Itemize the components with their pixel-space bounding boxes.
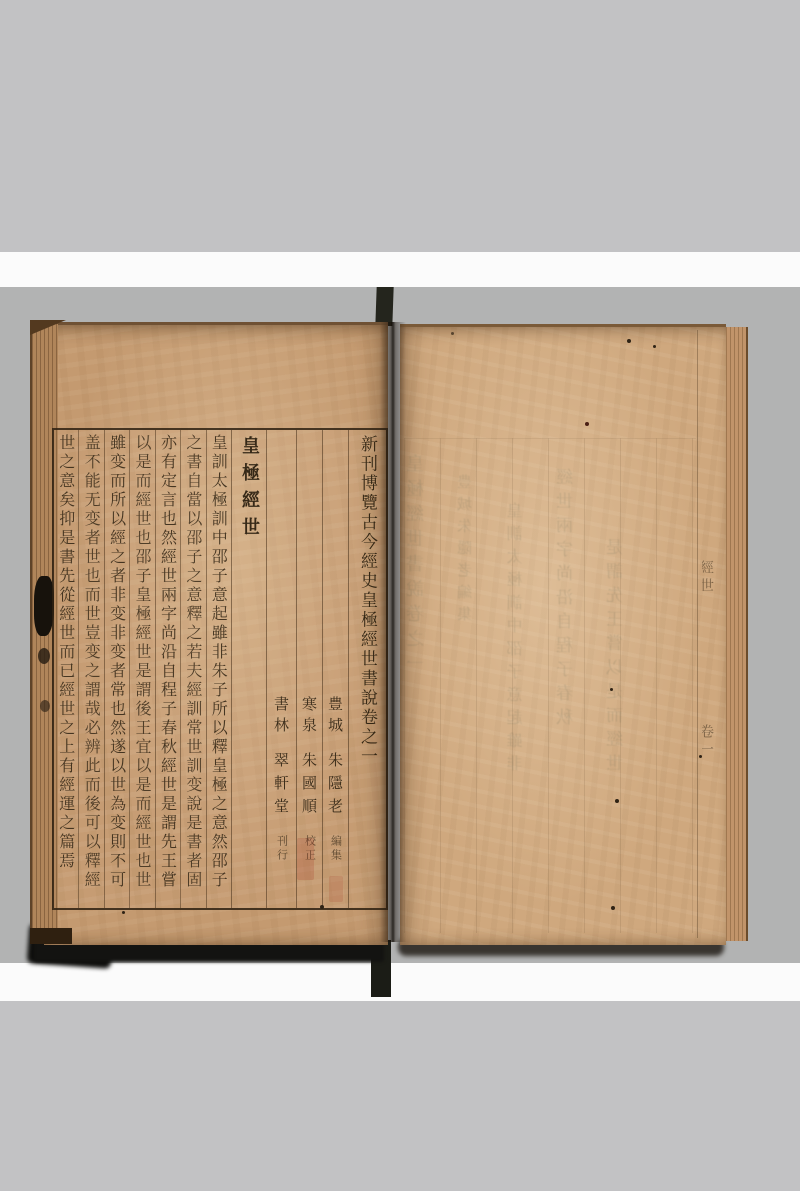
fore-edge-ink-mark: [40, 700, 50, 712]
worm-speck: [585, 422, 589, 426]
bleed-column: 豊城朱隱老編集: [454, 446, 504, 924]
text-column-4: 以是而經世也邵子皇極經世是謂後王宜以是而經世也世: [129, 430, 154, 908]
section-header-column: 皇極經世: [231, 430, 266, 908]
attribution-name: 朱隱老: [325, 752, 346, 821]
worm-speck: [451, 332, 454, 335]
text-column-7: 世之意矣抑是書先從經世而已經世之上有經運之篇焉: [54, 430, 78, 908]
attribution-place: 書林: [271, 696, 292, 738]
backdrop-bottom: [0, 1001, 800, 1191]
fore-edge-ink-mark: [38, 648, 50, 664]
bleed-column: 皇極經世書說卷之一: [404, 446, 454, 924]
text-column-6: 盖不能无变者世也而世豈变之謂哉必辨此而後可以釋經: [78, 430, 103, 908]
worm-speck: [627, 339, 631, 343]
fore-edge-ink-mark: [34, 576, 54, 636]
worm-speck: [653, 345, 656, 348]
bleed-column: 經世兩字尚沿自程子春秋: [554, 446, 604, 924]
attribution-role: 編集: [328, 835, 344, 863]
white-band-bottom: [0, 963, 800, 1001]
seal-stamp: [297, 838, 314, 880]
bleed-column: 是謂先王嘗以是而經世: [604, 446, 654, 924]
bleedthrough-text: 皇極經世書說卷之一 豊城朱隱老編集 皇訓太極訓中邵子意起雖非 經世兩字尚沿自程子…: [404, 446, 666, 924]
attribution-place: 豊城: [325, 696, 346, 738]
white-band-top: [0, 252, 800, 287]
bleed-column: 皇訓太極訓中邵子意起雖非: [504, 446, 554, 924]
text-column-3: 亦有定言也然經世兩字尚沿自程子春秋經世是謂先王嘗: [155, 430, 180, 908]
text-column-2: 之書自當以邵子之意釋之若夫經訓常世訓变說是書者固: [180, 430, 205, 908]
fold-edge-mark: 卷一: [702, 724, 716, 788]
attribution-name: 翠軒堂: [271, 752, 292, 821]
seal-stamp: [329, 876, 343, 902]
attribution-role: 刊行: [274, 835, 290, 863]
worm-speck: [699, 755, 702, 758]
text-column-5: 雖变而所以經之者非变非变者常也然遂以世為变則不可: [104, 430, 129, 908]
attribution-place: 寒泉: [299, 696, 320, 738]
cover-corner-bottom-left: [30, 928, 72, 944]
attribution-name: 朱國順: [299, 752, 320, 821]
worm-speck: [610, 688, 613, 691]
text-column-1: 皇訓太極訓中邵子意起雖非朱子所以釋皇極之意然邵子: [206, 430, 231, 908]
worm-speck: [122, 911, 125, 914]
worm-speck: [611, 906, 615, 910]
worm-speck: [615, 799, 619, 803]
attribution-column-compiler: 豊城 朱隱老 編集: [322, 430, 348, 908]
attribution-column-proofreader: 寒泉 朱國順 校正: [296, 430, 322, 908]
photo-canvas: 皇極經世書說卷之一 豊城朱隱老編集 皇訓太極訓中邵子意起雖非 經世兩字尚沿自程子…: [0, 0, 800, 1191]
page-stack-right-edge: [726, 327, 748, 941]
fold-edge-mark: 經世: [702, 560, 716, 630]
attribution-column-publisher: 書林 翠軒堂 刊行: [266, 430, 296, 908]
center-gutter: [380, 322, 406, 942]
book-stand-peg-top: [375, 287, 393, 326]
fold-edge-line: [697, 330, 698, 938]
worm-speck: [320, 905, 324, 909]
text-frame: 新刊博覽古今經史皇極經世書說卷之一 豊城 朱隱老 編集 寒泉 朱國順 校正 書林…: [52, 428, 388, 910]
